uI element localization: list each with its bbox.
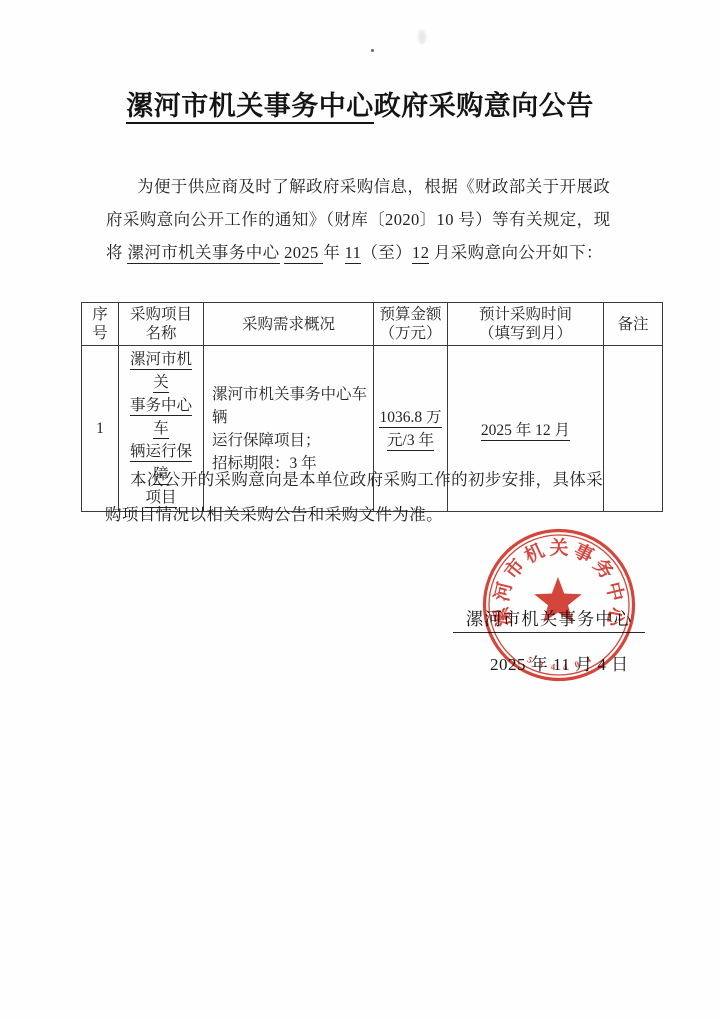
intro-line3-year: 2025 (284, 243, 323, 264)
col-header-seq: 序 号 (82, 303, 119, 346)
page-title: 漯河市机关事务中心政府采购意向公告 (0, 84, 720, 123)
seal-star-icon (534, 577, 582, 622)
intro-line-3: 将 漯河市机关事务中心 2025 年 11（至）12 月采购意向公开如下： (106, 236, 606, 269)
intro-line3-month-to: 12 (412, 243, 429, 264)
intro-line-2: 府采购意向公开工作的通知》（财库〔2020〕10 号）等有关规定，现 (106, 203, 606, 236)
col-header-demand: 采购需求概况 (204, 303, 374, 346)
scan-smudge (418, 30, 426, 44)
col-header-remark: 备注 (604, 303, 663, 346)
intro-line3-suffix: 月采购意向公开如下： (429, 243, 603, 262)
closing-paragraph: 本次公开的采购意向是本单位政府采购工作的初步安排，具体采 购项目情况以相关采购公… (105, 462, 615, 532)
closing-line-1: 本次公开的采购意向是本单位政府采购工作的初步安排，具体采 (105, 462, 615, 497)
intro-line-1: 为便于供应商及时了解政府采购信息，根据《财政部关于开展政 (106, 170, 606, 203)
col-header-time: 预计采购时间 （填写到月） (448, 303, 604, 346)
intro-line3-month-from: 11 (345, 243, 362, 264)
title-underlined-part: 漯河市机关事务中心 (126, 91, 374, 124)
scan-speck (371, 49, 374, 52)
intro-line3-year-label: 年 (323, 243, 344, 262)
official-seal: 漯河市机关事务中心 404435 (479, 525, 639, 685)
intro-line3-prefix: 将 (106, 243, 127, 262)
title-rest: 政府采购意向公告 (374, 91, 594, 121)
intro-line3-org: 漯河市机关事务中心 (127, 243, 279, 264)
col-header-project-name: 采购项目 名称 (119, 303, 204, 346)
intro-paragraph: 为便于供应商及时了解政府采购信息，根据《财政部关于开展政 府采购意向公开工作的通… (106, 170, 606, 269)
table-header-row: 序 号 采购项目 名称 采购需求概况 预算金额 （万元） 预计采购时间 （填写到… (82, 303, 663, 346)
document-page: 漯河市机关事务中心政府采购意向公告 为便于供应商及时了解政府采购信息，根据《财政… (0, 0, 720, 1019)
intro-line3-to: （至） (361, 243, 412, 262)
col-header-budget: 预算金额 （万元） (374, 303, 448, 346)
